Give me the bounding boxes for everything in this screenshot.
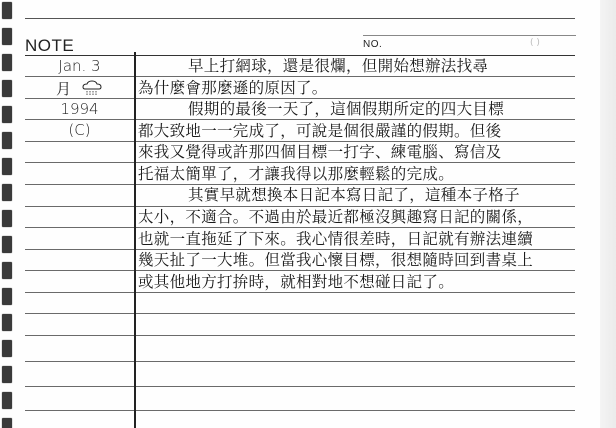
ruled-line	[25, 335, 575, 336]
ruled-line	[25, 227, 575, 228]
ruled-line	[25, 270, 575, 271]
body-line: 其實早就想換本日記本寫日記了，這種本子格子	[138, 185, 578, 205]
binding-hole	[2, 2, 12, 19]
body-line: 假期的最後一天了，這個假期所定的四大目標	[138, 99, 578, 119]
binding-hole	[2, 288, 12, 305]
body-line: 或其他地方打拚時，就相對地不想碰日記了。	[138, 272, 578, 292]
number-value: ( )	[530, 38, 540, 48]
body-line: 幾天扯了一大堆。但當我心懷目標，很想隨時回到書桌上	[138, 250, 578, 270]
body-line: 托福太簡單了，才讓我得以那麼輕鬆的完成。	[138, 164, 578, 184]
ruled-line	[25, 119, 575, 120]
binding-hole	[2, 314, 12, 331]
entry-mark: (C)	[25, 121, 134, 139]
body-line: 來我又覺得或許那四個目標一打字、練電腦、寫信及	[138, 142, 578, 162]
binding-hole	[2, 106, 12, 123]
top-rule	[25, 18, 575, 19]
body-line: 也就一直拖延了下來。我心情很差時，日記就有辦法連續	[138, 229, 578, 249]
page-edge-shadow	[600, 0, 616, 428]
binding-hole	[2, 236, 12, 253]
rain-cloud-icon	[81, 80, 103, 98]
binding-hole	[2, 54, 12, 71]
entry-year: 1994	[25, 100, 134, 118]
ruled-line	[25, 410, 575, 411]
spiral-binding	[0, 0, 14, 428]
binding-hole	[2, 392, 12, 409]
ruled-line	[25, 292, 575, 293]
notebook-page: NO. ( ) NOTE Jan. 3 月 1994 (C) 早上打網球，還是很…	[0, 0, 616, 428]
note-label: NOTE	[25, 36, 74, 56]
ruled-line	[25, 386, 575, 387]
body-line: 為什麼會那麼遜的原因了。	[138, 78, 578, 98]
binding-hole	[2, 340, 12, 357]
ruled-line	[25, 162, 575, 163]
number-rule	[363, 35, 576, 36]
body-line: 太小，不適合。不過由於最近都極沒興趣寫日記的關係，	[138, 207, 578, 227]
ruled-line	[25, 76, 575, 77]
binding-hole	[2, 210, 12, 227]
binding-hole	[2, 262, 12, 279]
binding-hole	[2, 132, 12, 149]
ruled-line	[25, 361, 575, 362]
binding-hole	[2, 80, 12, 97]
number-label: NO.	[363, 39, 382, 50]
margin-divider	[134, 52, 136, 428]
weekday-weather: 月	[25, 78, 134, 99]
ruled-line	[25, 313, 575, 314]
entry-date: Jan. 3	[25, 57, 134, 75]
body-line: 都大致地一一完成了，可說是個很嚴謹的假期。但後	[138, 121, 578, 141]
binding-hole	[2, 28, 12, 45]
body-line: 早上打網球，還是很爛，但開始想辦法找尋	[138, 56, 578, 76]
binding-hole	[2, 366, 12, 383]
binding-hole	[2, 418, 12, 428]
binding-hole	[2, 184, 12, 201]
weekday: 月	[56, 78, 71, 99]
binding-hole	[2, 158, 12, 175]
